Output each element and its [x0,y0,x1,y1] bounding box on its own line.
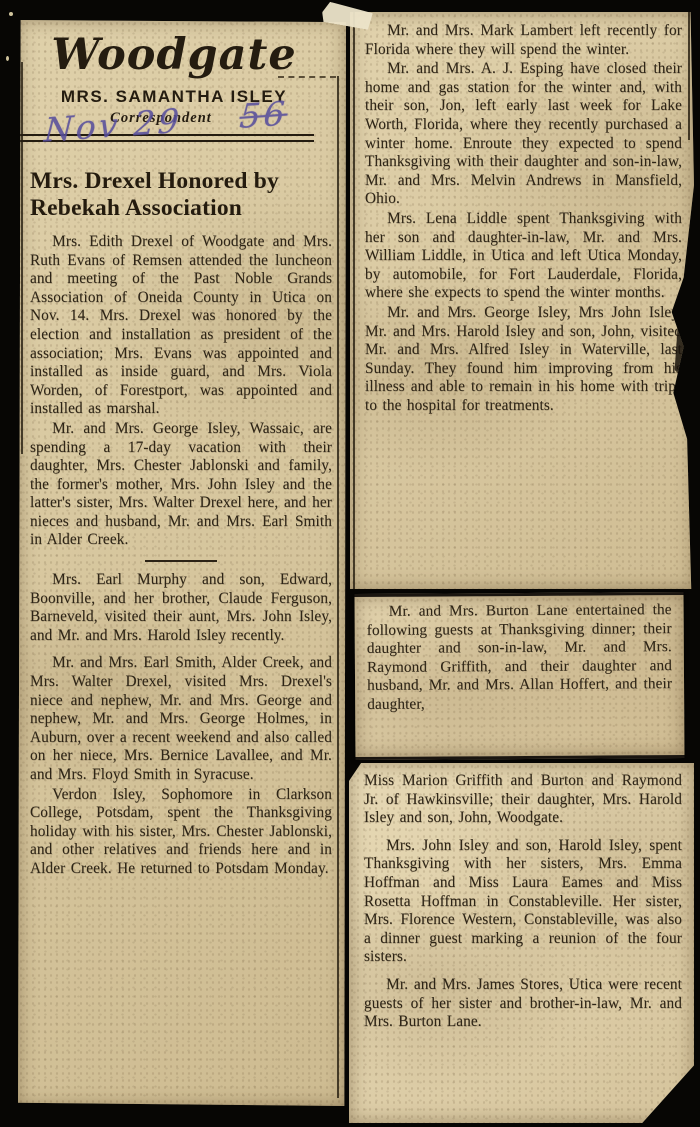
newspaper-clipping-right-top: Mr. and Mrs. Mark Lambert left recently … [350,12,694,589]
torn-edge-shadow [674,300,688,372]
paper-speck [9,12,13,16]
news-paragraph: Mr. and Mrs. Earl Smith, Alder Creek, an… [30,654,332,784]
news-paragraph: Mr. and Mrs. Burton Lane entertained the… [367,601,673,714]
news-paragraph: Mr. and Mrs. James Stores, Utica were re… [364,976,682,1032]
scrapbook-page: Woodgate MRS. SAMANTHA ISLEY Corresponde… [0,0,700,1127]
section-divider [145,560,217,562]
newspaper-clipping-right-middle: Mr. and Mrs. Burton Lane entertained the… [354,592,684,760]
masthead-title: Woodgate [30,30,318,80]
printed-column-rule [21,62,23,454]
news-paragraph: Mrs. John Isley and son, Harold Isley, s… [364,837,682,967]
newspaper-clipping-right-bottom: Miss Marion Griffith and Burton and Raym… [349,763,694,1123]
news-paragraph: Mr. and Mrs. A. J. Esping have closed th… [365,60,682,209]
right-bottom-article-body: Miss Marion Griffith and Burton and Raym… [364,772,682,1032]
news-paragraph: Mr. and Mrs. Mark Lambert left recently … [365,22,682,59]
newspaper-clipping-left: Woodgate MRS. SAMANTHA ISLEY Corresponde… [18,20,346,1106]
torn-edge-highlight [688,362,694,474]
news-paragraph: Mrs. Earl Murphy and son, Edward, Boonvi… [30,571,332,645]
paper-speck [6,56,9,61]
handwritten-month-day: Nov 29 [43,101,183,150]
right-middle-article-body: Mr. and Mrs. Burton Lane entertained the… [367,601,673,714]
left-article-body: Mrs. Edith Drexel of Woodgate and Mrs. R… [30,233,332,879]
news-paragraph: Mrs. Edith Drexel of Woodgate and Mrs. R… [30,233,332,419]
printed-column-rule [337,76,339,1098]
right-top-article-body: Mr. and Mrs. Mark Lambert left recently … [365,22,682,415]
news-paragraph: Miss Marion Griffith and Burton and Raym… [364,772,682,828]
printed-column-rule [688,12,690,140]
dashed-rule-fragment [278,76,336,78]
news-paragraph: Mr. and Mrs. George Isley, Wassaic, are … [30,420,332,550]
printed-column-rule [353,12,355,589]
news-paragraph: Mrs. Lena Liddle spent Thanksgiving with… [365,210,682,303]
article-headline: Mrs. Drexel Honored by Rebekah Associati… [30,168,332,223]
masthead: Woodgate MRS. SAMANTHA ISLEY Corresponde… [30,28,332,162]
news-paragraph: Verdon Isley, Sophomore in Clarkson Coll… [30,786,332,879]
handwritten-year: 56 [238,93,289,136]
news-paragraph: Mr. and Mrs. George Isley, Mrs John Isle… [365,304,682,416]
